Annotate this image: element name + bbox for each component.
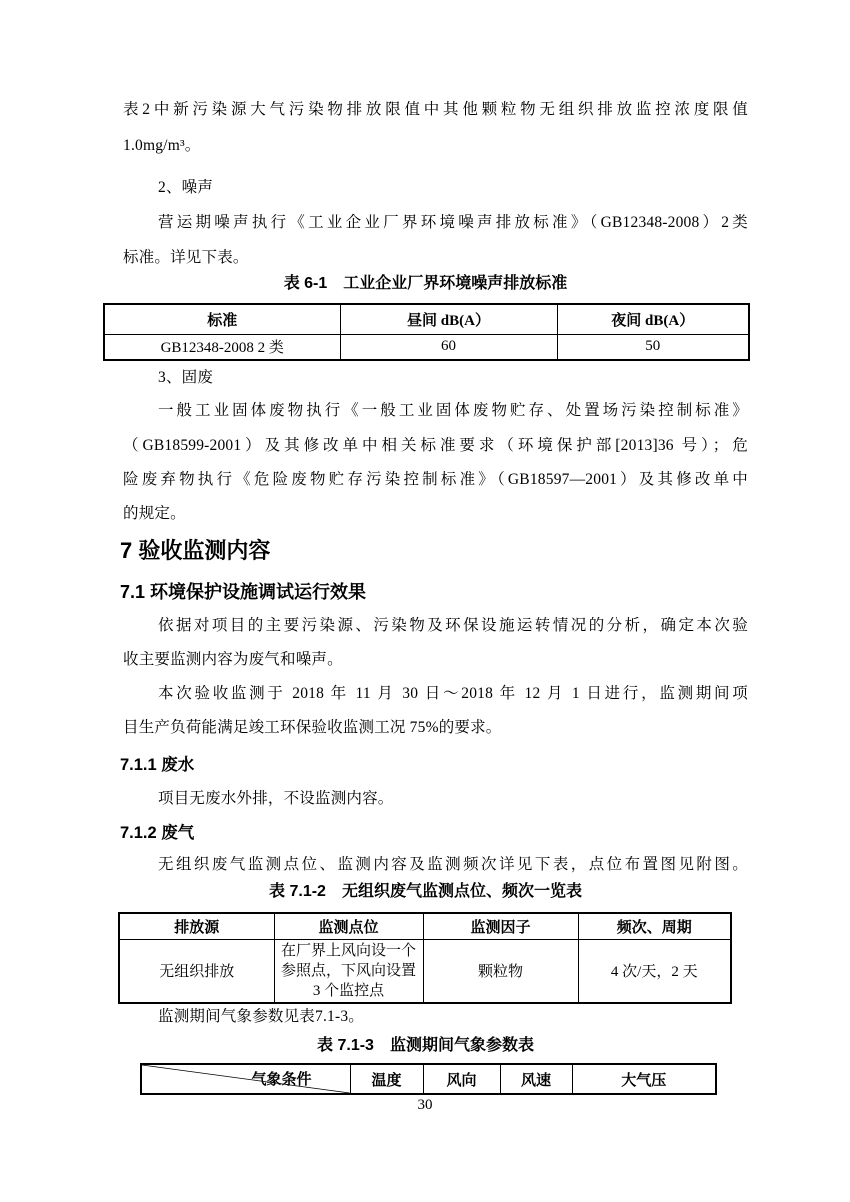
cell-standard-value: GB12348-2008 2 类 bbox=[104, 334, 340, 360]
table-row: 无组织排放 在厂界上风向设一个 参照点，下风向设置 3 个监控点 颗粒物 4 次… bbox=[119, 939, 731, 1003]
paragraph-line: 本次验收监测于 2018 年 11 月 30 日～2018 年 12 月 1 日… bbox=[158, 682, 748, 705]
paragraph-line: 一般工业固体废物执行《一般工业固体废物贮存、处置场污染控制标准》 bbox=[158, 399, 748, 422]
table-header-row: 排放源 监测点位 监测因子 频次、周期 bbox=[119, 913, 731, 939]
paragraph-line: 依据对项目的主要污染源、污染物及环保设施运转情况的分析，确定本次验 bbox=[158, 614, 748, 637]
header-cell-pressure: 大气压 bbox=[572, 1064, 716, 1094]
paragraph-line: （GB18599-2001）及其修改单中相关标准要求（环境保护部[2013]36… bbox=[123, 434, 748, 457]
paragraph-line: 险废弃物执行《危险废物贮存污染控制标准》（GB18597—2001）及其修改单中 bbox=[123, 468, 748, 491]
paragraph-line: 无组织废气监测点位、监测内容及监测频次详见下表，点位布置图见附图。 bbox=[158, 853, 748, 876]
table-header-row: 标准 昼间 dB(A） 夜间 dB(A） bbox=[104, 304, 749, 334]
header-cell-wind-speed: 风速 bbox=[500, 1064, 572, 1094]
header-cell-day: 昼间 dB(A） bbox=[340, 304, 557, 334]
header-cell-standard: 标准 bbox=[104, 304, 340, 334]
header-cell-night: 夜间 dB(A） bbox=[557, 304, 749, 334]
header-cell-temperature: 温度 bbox=[350, 1064, 423, 1094]
table-header-row: 气象条件 温度 风向 风速 大气压 bbox=[141, 1064, 716, 1094]
page-number: 30 bbox=[0, 1097, 850, 1114]
cell-day-value: 60 bbox=[340, 334, 557, 360]
document-page: 表2中新污染源大气污染物排放限值中其他颗粒物无组织排放监控浓度限值 1.0mg/… bbox=[0, 0, 850, 1202]
paragraph-line: 监测期间气象参数见表7.1-3。 bbox=[158, 1005, 364, 1028]
diagonal-line bbox=[142, 1065, 350, 1093]
section-heading-7-1-1: 7.1.1 废水 bbox=[120, 751, 194, 775]
diagonal-cell-label: 气象条件 bbox=[251, 1068, 311, 1089]
table-row: GB12348-2008 2 类 60 50 bbox=[104, 334, 749, 360]
weather-parameter-table: 气象条件 温度 风向 风速 大气压 bbox=[140, 1063, 717, 1095]
cell-points-value: 在厂界上风向设一个 参照点，下风向设置 3 个监控点 bbox=[274, 939, 423, 1003]
cell-frequency-value: 4 次/天，2 天 bbox=[578, 939, 731, 1003]
header-cell-frequency: 频次、周期 bbox=[578, 913, 731, 939]
header-cell-points: 监测点位 bbox=[274, 913, 423, 939]
noise-standard-table: 标准 昼间 dB(A） 夜间 dB(A） GB12348-2008 2 类 60… bbox=[103, 303, 750, 361]
paragraph-line: 表2中新污染源大气污染物排放限值中其他颗粒物无组织排放监控浓度限值 bbox=[123, 98, 748, 121]
table-caption-weather: 表 7.1-3 监测期间气象参数表 bbox=[103, 1032, 748, 1055]
paragraph-line: 1.0mg/m³。 bbox=[123, 134, 201, 157]
header-cell-factor: 监测因子 bbox=[423, 913, 578, 939]
cell-source-value: 无组织排放 bbox=[119, 939, 274, 1003]
paragraph-line: 营运期噪声执行《工业企业厂界环境噪声排放标准》（GB12348-2008）2类 bbox=[158, 211, 748, 234]
paragraph-line: 目生产负荷能满足竣工环保验收监测工况 75%的要求。 bbox=[123, 716, 502, 739]
table-caption-noise: 表 6-1 工业企业厂界环境噪声排放标准 bbox=[103, 270, 748, 293]
cell-night-value: 50 bbox=[557, 334, 749, 360]
list-item-solid-waste: 3、固废 bbox=[158, 366, 213, 389]
paragraph-line: 收主要监测内容为废气和噪声。 bbox=[123, 648, 343, 671]
paragraph-line: 标准。详见下表。 bbox=[123, 246, 249, 269]
section-heading-7-1-2: 7.1.2 废气 bbox=[120, 819, 194, 843]
gas-monitoring-table: 排放源 监测点位 监测因子 频次、周期 无组织排放 在厂界上风向设一个 参照点，… bbox=[118, 912, 732, 1004]
list-item-noise: 2、噪声 bbox=[158, 176, 213, 199]
cell-factor-value: 颗粒物 bbox=[423, 939, 578, 1003]
table-caption-gas: 表 7.1-2 无组织废气监测点位、频次一览表 bbox=[103, 878, 748, 901]
header-cell-source: 排放源 bbox=[119, 913, 274, 939]
section-heading-7: 7 验收监测内容 bbox=[120, 534, 270, 565]
paragraph-line: 的规定。 bbox=[123, 502, 186, 525]
section-heading-7-1: 7.1 环境保护设施调试运行效果 bbox=[120, 578, 366, 604]
header-cell-wind-direction: 风向 bbox=[423, 1064, 500, 1094]
diagonal-header-cell: 气象条件 bbox=[141, 1064, 350, 1094]
paragraph-line: 项目无废水外排，不设监测内容。 bbox=[158, 787, 394, 810]
